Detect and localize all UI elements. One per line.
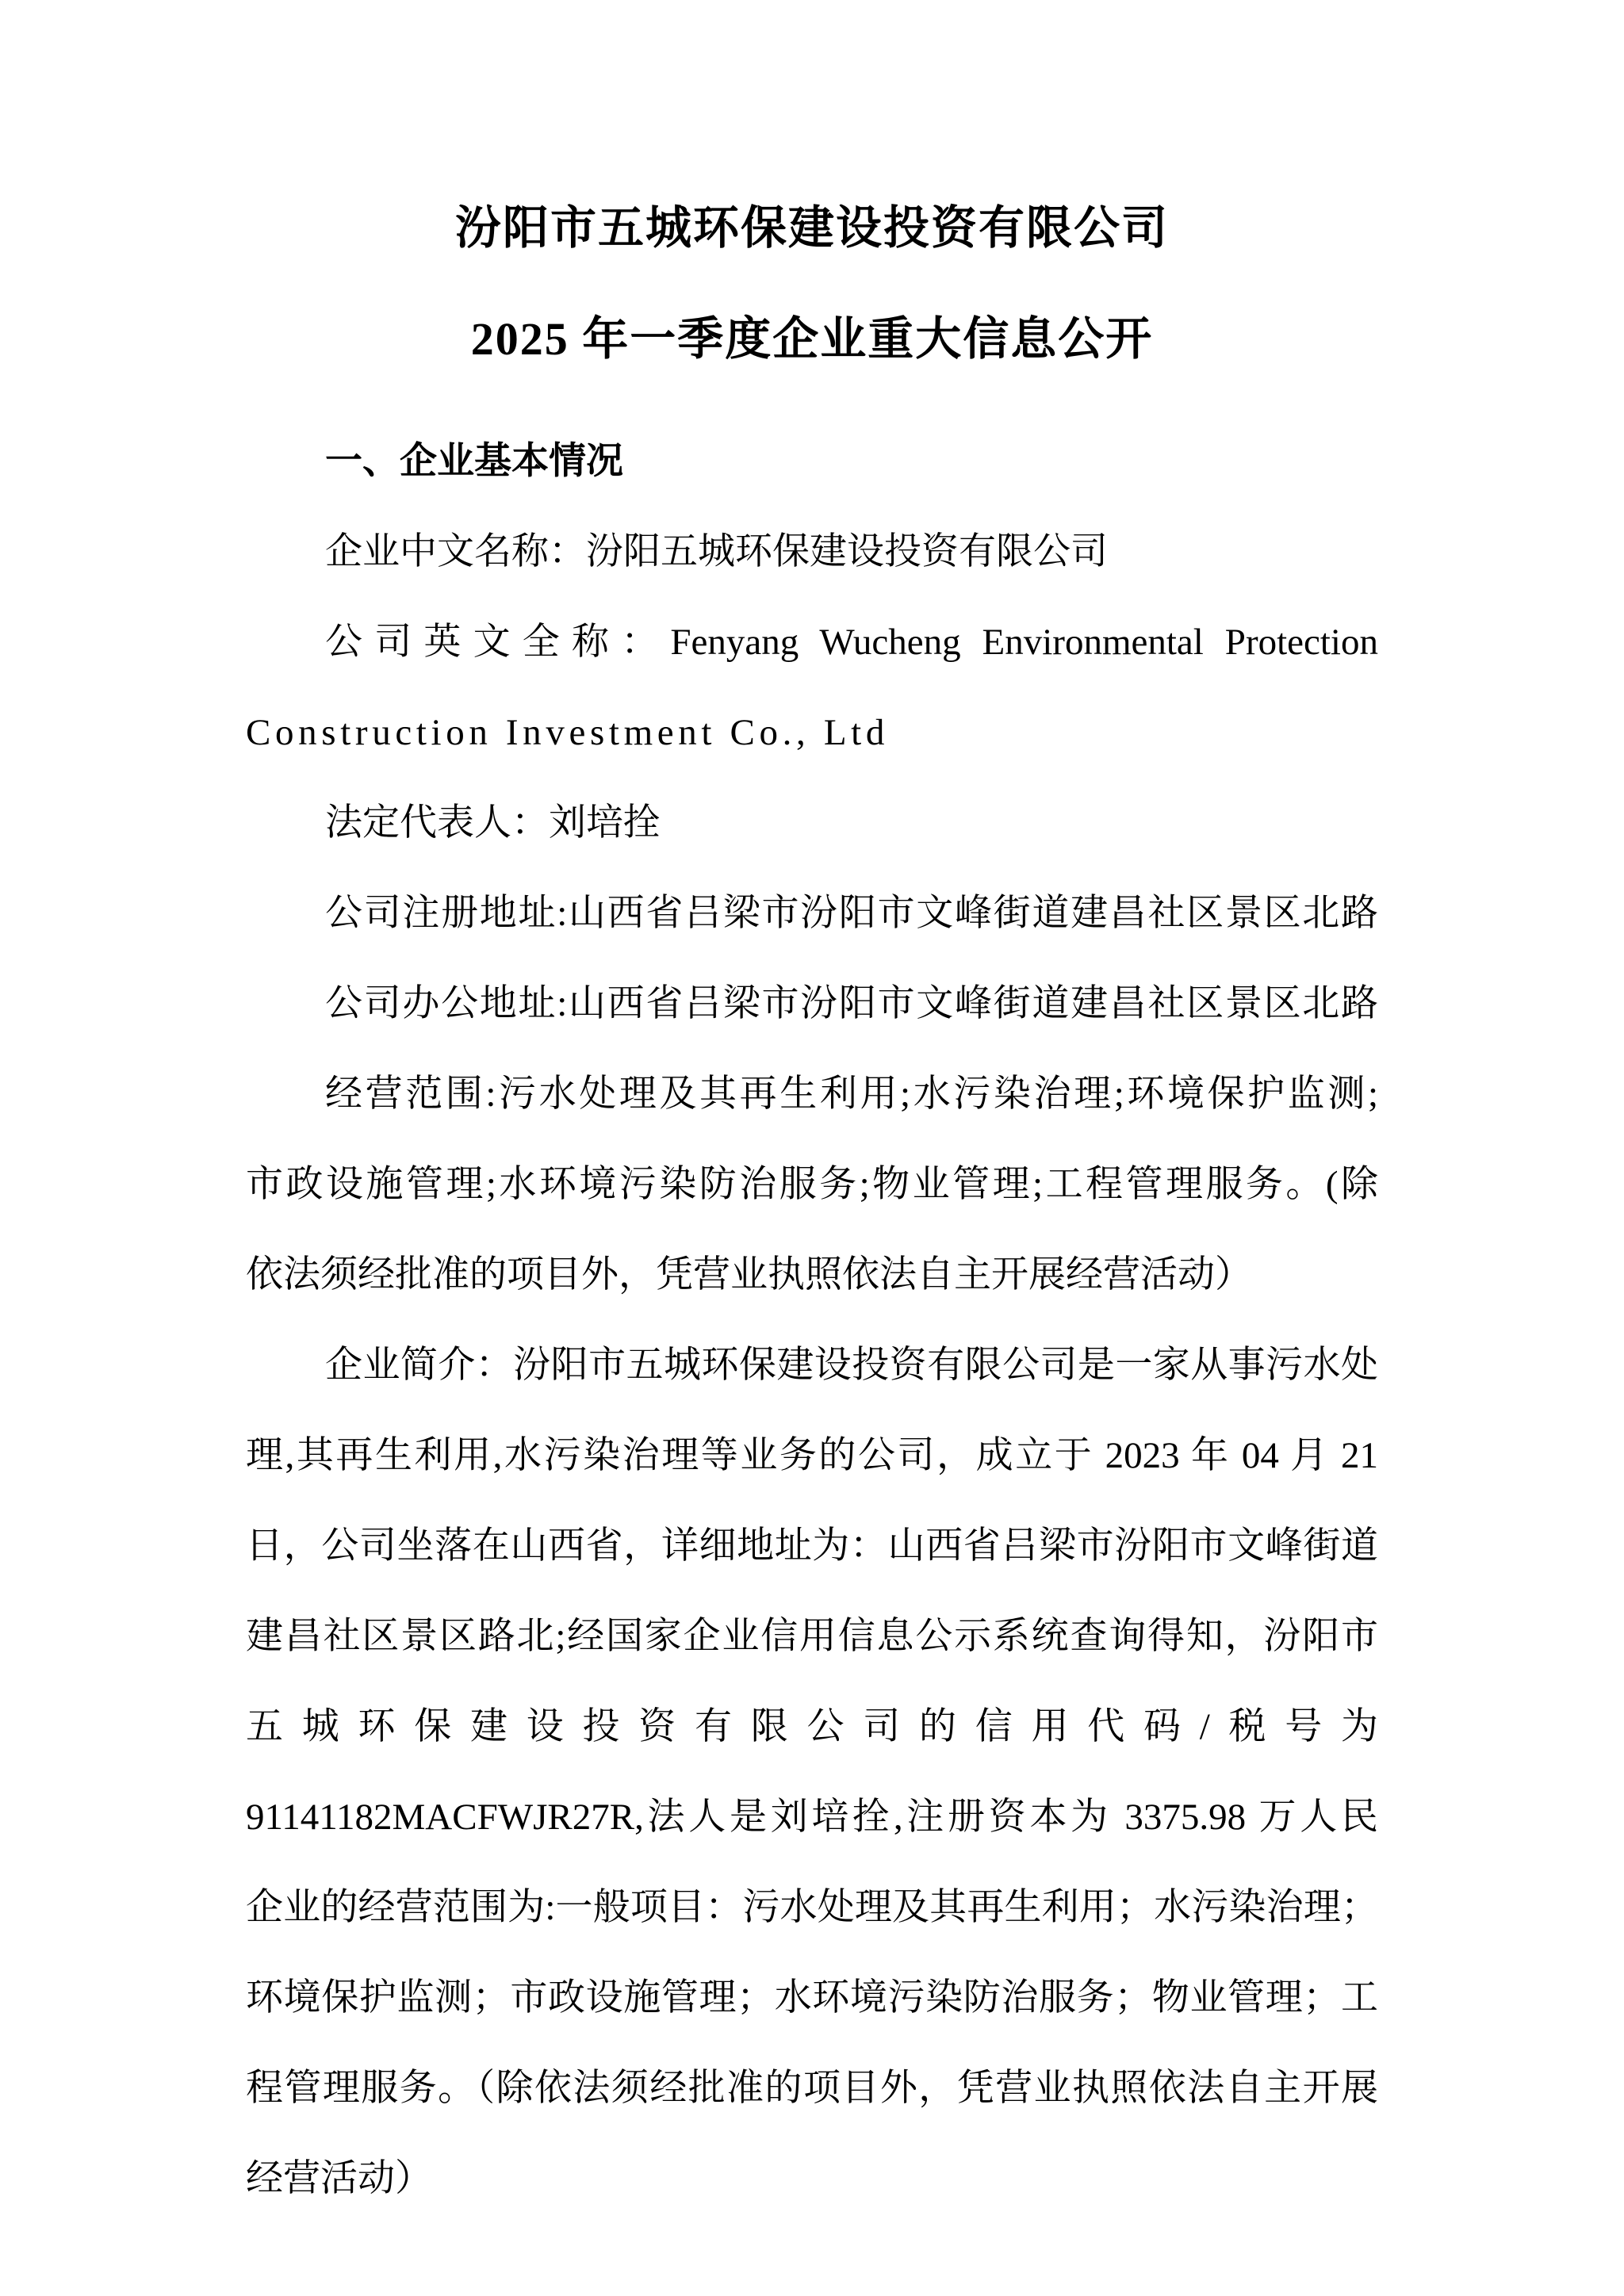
line-company-profile-4: 建昌社区景区路北;经国家企业信用信息公示系统查询得知，汾阳市 [246,1591,1378,1682]
line-registered-address: 公司注册地址:山西省吕梁市汾阳市文峰街道建昌社区景区北路 [246,868,1378,959]
line-profile-scope-3: 程管理服务。（除依法须经批准的项目外，凭营业执照依法自主开展 [246,2043,1378,2133]
line-credit-code-value: 91141182MACFWJR27R,法人是刘培拴,注册资本为 3375.98 … [246,1772,1378,1862]
line-legal-representative: 法定代表人：刘培拴 [246,778,1378,868]
document-title-report-name: 2025 年一季度企业重大信息公开 [246,297,1378,381]
line-chinese-name: 企业中文名称：汾阳五城环保建设投资有限公司 [246,507,1378,597]
line-office-address: 公司办公地址:山西省吕梁市汾阳市文峰街道建昌社区景区北路 [246,959,1378,1049]
line-business-scope-3: 依法须经批准的项目外，凭营业执照依法自主开展经营活动） [246,1230,1378,1320]
line-english-name-part2: Construction Investment Co., Ltd [246,687,1378,778]
line-company-profile-2: 理,其再生利用,水污染治理等业务的公司，成立于 2023 年 04 月 21 [246,1410,1378,1501]
line-credit-code-label: 五城环保建设投资有限公司的信用代码/税号为 [246,1682,1378,1772]
document-page: 汾阳市五城环保建设投资有限公司 2025 年一季度企业重大信息公开 一、企业基本… [0,0,1624,2296]
line-business-scope-2: 市政设施管理;水环境污染防治服务;物业管理;工程管理服务。(除 [246,1139,1378,1230]
line-profile-scope-1: 企业的经营范围为:一般项目：污水处理及其再生利用；水污染治理； [246,1862,1378,1953]
line-business-scope-1: 经营范围:污水处理及其再生利用;水污染治理;环境保护监测; [246,1049,1378,1139]
line-company-profile-3: 日，公司坐落在山西省，详细地址为：山西省吕梁市汾阳市文峰街道 [246,1501,1378,1591]
line-english-name-part1: 公司英文全称：Fenyang Wucheng Environmental Pro… [246,597,1378,687]
line-profile-scope-2: 环境保护监测；市政设施管理；水环境污染防治服务；物业管理；工 [246,1953,1378,2043]
document-title-company-name: 汾阳市五城环保建设投资有限公司 [246,186,1378,270]
line-profile-scope-4: 经营活动） [246,2133,1378,2224]
line-company-profile-1: 企业简介：汾阳市五城环保建设投资有限公司是一家从事污水处 [246,1320,1378,1410]
section-heading-basic-info: 一、企业基本情况 [246,416,1378,507]
